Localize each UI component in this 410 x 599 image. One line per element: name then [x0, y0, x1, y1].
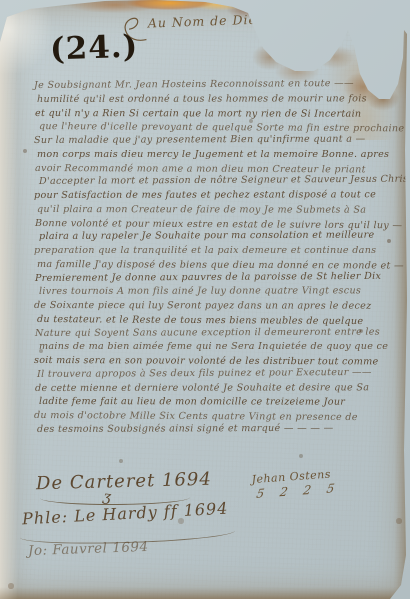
manuscript-line: Premierement Je donne aux pauvres de la … — [34, 269, 398, 285]
invocation-heading: Au Nom de Dieu — [118, 11, 267, 42]
manuscript-body: Je Soubsignant Mr. Jean Hosteins Reconno… — [34, 79, 398, 437]
manuscript-line: mon corps mais dieu mercy le Jugement et… — [34, 148, 398, 162]
page-number: (24.) — [49, 28, 138, 67]
manuscript-line: livres tournois A mon fils ainé Je luy d… — [34, 284, 398, 299]
manuscript-line: de cette mienne et derniere volonté Je S… — [34, 381, 398, 396]
manuscript-line: Je Soubsignant Mr. Jean Hosteins Reconno… — [34, 77, 398, 93]
manuscript-line: mains de ma bien aimée feme qui ne Sera … — [34, 340, 398, 354]
foxing-specks — [0, 0, 2, 2]
manuscript-line: Nature qui Soyent Sans aucune exception … — [34, 325, 398, 340]
manuscript-line: Sur la maladie que j'ay presentement Bie… — [34, 132, 398, 147]
invocation-text: Au Nom de Dieu — [148, 11, 267, 30]
manuscript-line: D'accepter la mort et passion de nôtre S… — [34, 173, 398, 189]
torn-left-edge — [0, 0, 18, 599]
manuscript-line: Il trouvera apropos à Ses deux fils puin… — [34, 365, 398, 381]
manuscript-page: Au Nom de Dieu (24.) Je Soubsignant Mr. … — [0, 0, 410, 599]
manuscript-line: et qu'il n'y a Rien Si certain que la mo… — [34, 107, 398, 122]
manuscript-line: ladite feme fait au lieu de mon domicill… — [34, 395, 398, 410]
manuscript-line: des tesmoins Soubsignés ainsi signé et m… — [34, 421, 398, 436]
manuscript-line: preparation que la tranquilité et la pai… — [34, 244, 398, 258]
manuscript-line: pour Satisfaction de mes fautes et peche… — [34, 188, 398, 203]
manuscript-line: humilité qu'il est ordonné a tous les ho… — [34, 92, 398, 107]
manuscript-line: de Soixante piece qui luy Seront payez d… — [34, 299, 398, 314]
manuscript-line: plaira a luy rapeler Je Souhaite pour ma… — [34, 229, 398, 244]
manuscript-line: qu'il plaira a mon Createur de faire de … — [34, 203, 398, 218]
scanned-manuscript: Au Nom de Dieu (24.) Je Soubsignant Mr. … — [0, 0, 410, 599]
bottom-edge-shadow — [0, 587, 410, 599]
